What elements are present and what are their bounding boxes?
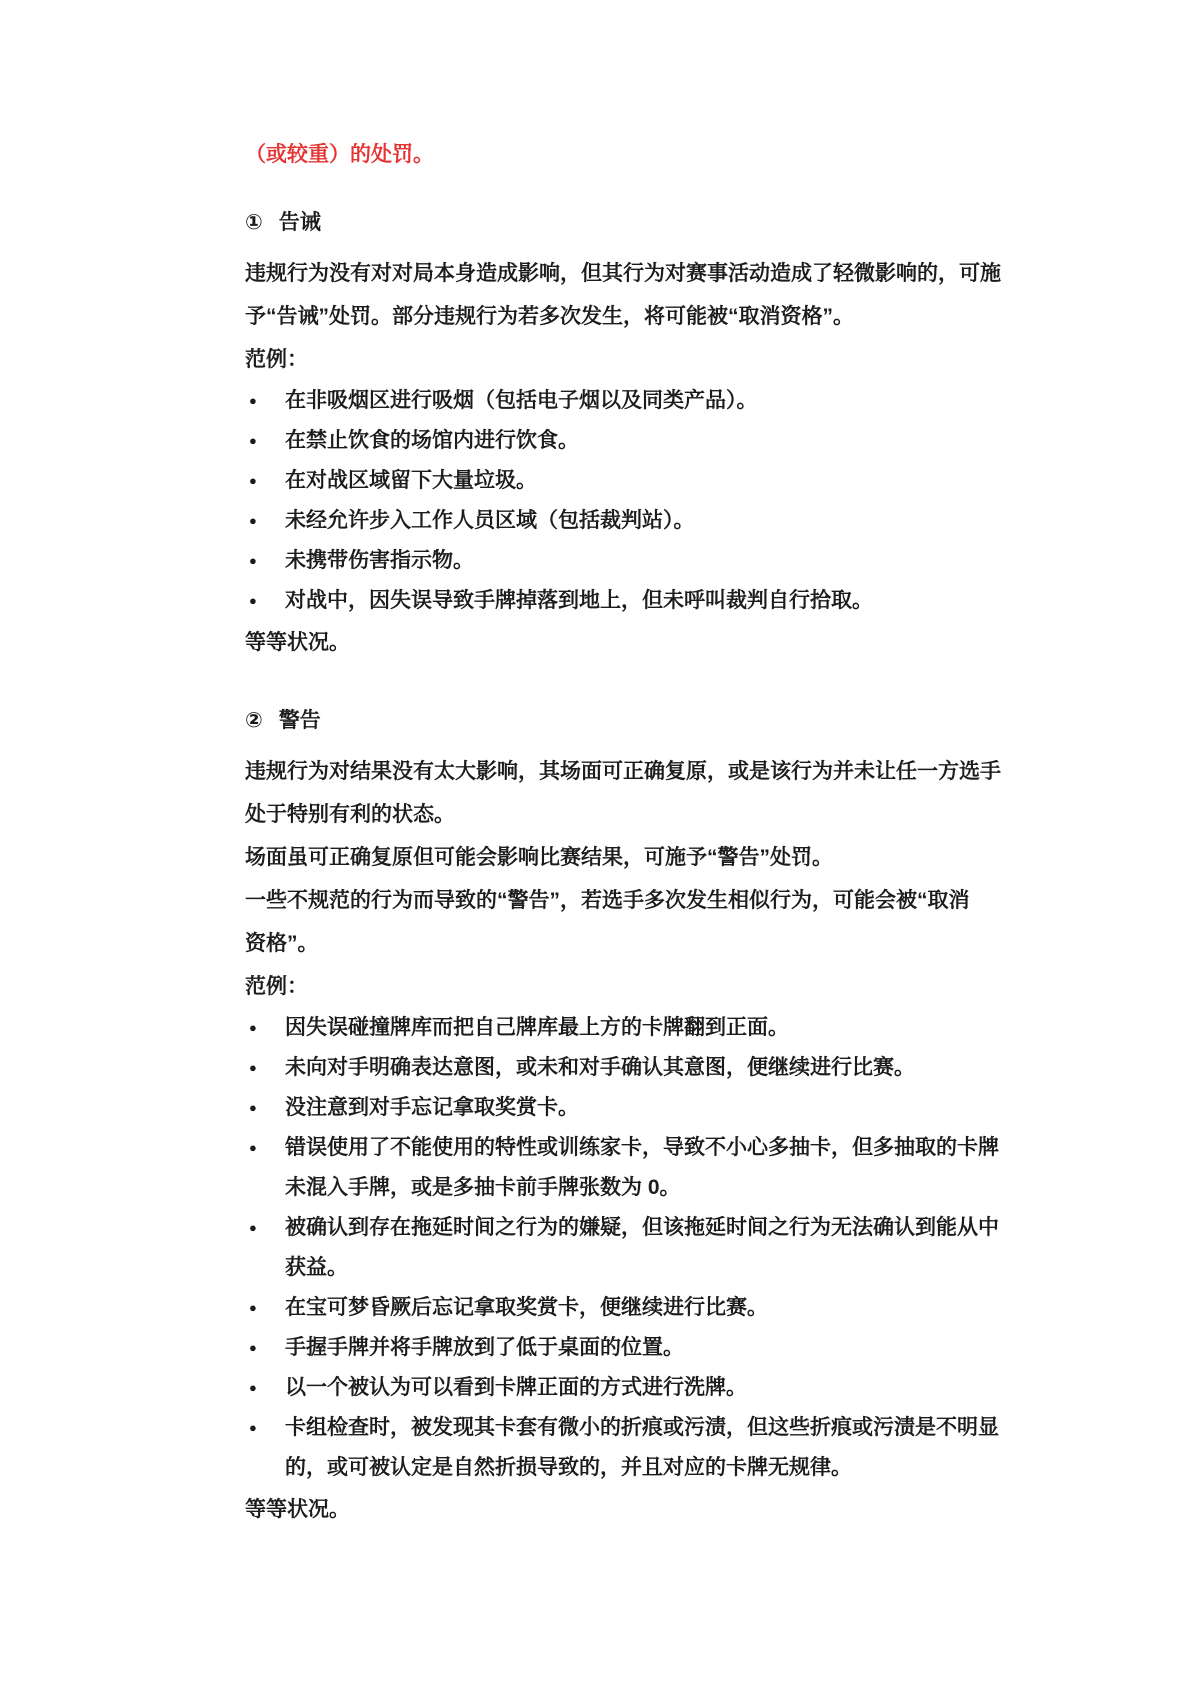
list-item: ●未向对手明确表达意图，或未和对手确认其意图，便继续进行比赛。 (245, 1048, 1040, 1088)
bullet-text: 手握手牌并将手牌放到了低于桌面的位置。 (285, 1328, 1040, 1368)
bullet-icon: ● (245, 541, 285, 581)
section-caution-paragraph: 违规行为没有对对局本身造成影响，但其行为对赛事活动造成了轻微影响的，可施 予“告… (245, 252, 1040, 338)
bullet-text: 因失误碰撞牌库而把自己牌库最上方的卡牌翻到正面。 (285, 1008, 1040, 1048)
bullet-text: 未携带伤害指示物。 (285, 541, 1040, 581)
list-item: ●因失误碰撞牌库而把自己牌库最上方的卡牌翻到正面。 (245, 1008, 1040, 1048)
list-item: ●被确认到存在拖延时间之行为的嫌疑，但该拖延时间之行为无法确认到能从中 获益。 (245, 1208, 1040, 1288)
bullet-icon: ● (245, 581, 285, 621)
bullet-text: 卡组检查时，被发现其卡套有微小的折痕或污渍，但这些折痕或污渍是不明显 的，或可被… (285, 1408, 1040, 1488)
bullet-icon: ● (245, 461, 285, 501)
bullet-text: 对战中，因失误导致手牌掉落到地上，但未呼叫裁判自行拾取。 (285, 581, 1040, 621)
section-warning-paragraph-1: 违规行为对结果没有太大影响，其场面可正确复原，或是该行为并未让任一方选手 处于特… (245, 750, 1040, 836)
bullet-icon: ● (245, 421, 285, 461)
bullet-text: 错误使用了不能使用的特性或训练家卡，导致不小心多抽卡，但多抽取的卡牌 未混入手牌… (285, 1128, 1040, 1208)
list-item: ●在非吸烟区进行吸烟（包括电子烟以及同类产品）。 (245, 381, 1040, 421)
document-page: （或较重）的处罚。 ①告诫 违规行为没有对对局本身造成影响，但其行为对赛事活动造… (0, 0, 1190, 1683)
bullet-text: 未向对手明确表达意图，或未和对手确认其意图，便继续进行比赛。 (285, 1048, 1040, 1088)
section-warning: ②警告 违规行为对结果没有太大影响，其场面可正确复原，或是该行为并未让任一方选手… (245, 708, 1040, 1531)
section-caution-title: 告诫 (279, 211, 321, 234)
bullet-text: 在对战区域留下大量垃圾。 (285, 461, 1040, 501)
list-item: ●未经允许步入工作人员区域（包括裁判站）。 (245, 501, 1040, 541)
list-item: ●以一个被认为可以看到卡牌正面的方式进行洗牌。 (245, 1368, 1040, 1408)
section-warning-title: 警告 (279, 709, 321, 732)
bullet-text: 在禁止饮食的场馆内进行饮食。 (285, 421, 1040, 461)
section-warning-heading: ②警告 (245, 708, 1040, 734)
section-warning-examples-label: 范例： (245, 965, 1040, 1008)
bullet-icon: ● (245, 1208, 285, 1248)
list-item: ●未携带伤害指示物。 (245, 541, 1040, 581)
list-item: ●没注意到对手忘记拿取奖赏卡。 (245, 1088, 1040, 1128)
section-caution-number: ① (245, 211, 263, 234)
bullet-icon: ● (245, 1128, 285, 1168)
bullet-icon: ● (245, 1048, 285, 1088)
section-caution-footer: 等等状况。 (245, 621, 1040, 664)
section-warning-bullet-list: ●因失误碰撞牌库而把自己牌库最上方的卡牌翻到正面。 ●未向对手明确表达意图，或未… (245, 1008, 1040, 1488)
bullet-icon: ● (245, 1408, 285, 1448)
section-caution-examples-label: 范例： (245, 338, 1040, 381)
list-item: ●卡组检查时，被发现其卡套有微小的折痕或污渍，但这些折痕或污渍是不明显 的，或可… (245, 1408, 1040, 1488)
section-warning-paragraph-3: 一些不规范的行为而导致的“警告”，若选手多次发生相似行为，可能会被“取消 资格”… (245, 879, 1040, 965)
section-warning-number: ② (245, 709, 263, 732)
intro-red-text: （或较重）的处罚。 (245, 144, 1040, 166)
bullet-icon: ● (245, 381, 285, 421)
bullet-text: 没注意到对手忘记拿取奖赏卡。 (285, 1088, 1040, 1128)
list-item: ●对战中，因失误导致手牌掉落到地上，但未呼叫裁判自行拾取。 (245, 581, 1040, 621)
bullet-icon: ● (245, 1088, 285, 1128)
bullet-text: 未经允许步入工作人员区域（包括裁判站）。 (285, 501, 1040, 541)
bullet-text: 在非吸烟区进行吸烟（包括电子烟以及同类产品）。 (285, 381, 1040, 421)
list-item: ●手握手牌并将手牌放到了低于桌面的位置。 (245, 1328, 1040, 1368)
section-warning-footer: 等等状况。 (245, 1488, 1040, 1531)
list-item: ●在宝可梦昏厥后忘记拿取奖赏卡，便继续进行比赛。 (245, 1288, 1040, 1328)
list-item: ●在禁止饮食的场馆内进行饮食。 (245, 421, 1040, 461)
bullet-icon: ● (245, 1328, 285, 1368)
bullet-icon: ● (245, 1288, 285, 1328)
list-item: ●错误使用了不能使用的特性或训练家卡，导致不小心多抽卡，但多抽取的卡牌 未混入手… (245, 1128, 1040, 1208)
section-caution-bullet-list: ●在非吸烟区进行吸烟（包括电子烟以及同类产品）。 ●在禁止饮食的场馆内进行饮食。… (245, 381, 1040, 621)
bullet-icon: ● (245, 501, 285, 541)
section-caution: ①告诫 违规行为没有对对局本身造成影响，但其行为对赛事活动造成了轻微影响的，可施… (245, 210, 1040, 664)
bullet-text: 被确认到存在拖延时间之行为的嫌疑，但该拖延时间之行为无法确认到能从中 获益。 (285, 1208, 1040, 1288)
list-item: ●在对战区域留下大量垃圾。 (245, 461, 1040, 501)
section-warning-paragraph-2: 场面虽可正确复原但可能会影响比赛结果，可施予“警告”处罚。 (245, 836, 1040, 879)
bullet-text: 以一个被认为可以看到卡牌正面的方式进行洗牌。 (285, 1368, 1040, 1408)
section-caution-heading: ①告诫 (245, 210, 1040, 236)
bullet-icon: ● (245, 1368, 285, 1408)
bullet-text: 在宝可梦昏厥后忘记拿取奖赏卡，便继续进行比赛。 (285, 1288, 1040, 1328)
bullet-icon: ● (245, 1008, 285, 1048)
